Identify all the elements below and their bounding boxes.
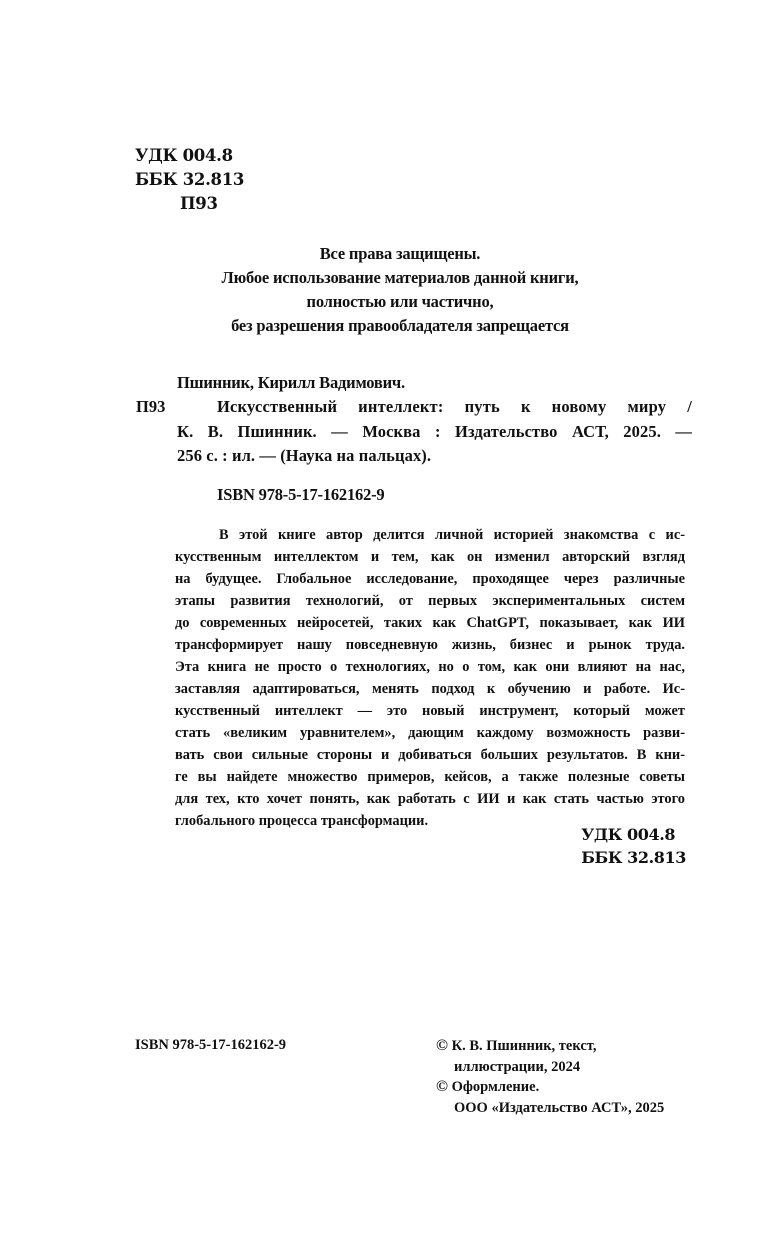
rights-line: Любое использование материалов данной кн… xyxy=(150,266,650,290)
bbk-code: ББК 32.813 xyxy=(581,846,686,869)
copyright-icon: © xyxy=(436,1037,448,1054)
annotation-line: кусственным интеллектом и тем, как он из… xyxy=(175,546,685,568)
annotation-line: стать «великим уравнителем», дающим кажд… xyxy=(175,722,685,744)
annotation-line: кусственный интеллект — это новый инстру… xyxy=(175,700,685,722)
title-row: П93 Искусственный интеллект: путь к ново… xyxy=(136,395,696,419)
annotation-line: для тех, кто хочет понять, как работать … xyxy=(175,788,685,810)
udk-code: УДК 004.8 xyxy=(135,144,244,168)
publication-info: К. В. Пшинник. — Москва : Издательство А… xyxy=(136,420,696,444)
copyright-icon: © xyxy=(436,1078,448,1095)
annotation-line: вать свои сильные стороны и добиваться б… xyxy=(175,744,685,766)
bbk-code: ББК 32.813 xyxy=(135,168,244,192)
annotation-line: В этой книге автор делится личной истори… xyxy=(175,524,685,546)
copyright-block: © К. В. Пшинник, текст, иллюстрации, 202… xyxy=(436,1036,664,1118)
annotation: В этой книге автор делится личной истори… xyxy=(175,524,685,832)
copyright-line: Оформление. xyxy=(452,1079,540,1095)
rights-line: Все права защищены. xyxy=(150,242,650,266)
copyright-line: иллюстрации, 2024 xyxy=(436,1057,664,1078)
annotation-line: Эта книга не просто о технологиях, но о … xyxy=(175,656,685,678)
rights-notice: Все права защищены. Любое использование … xyxy=(150,242,650,338)
udk-code: УДК 004.8 xyxy=(581,823,686,846)
physical-description: 256 с. : ил. — (Наука на пальцах). xyxy=(136,444,696,468)
classification-bottom: УДК 004.8 ББК 32.813 xyxy=(581,823,686,869)
annotation-line: заставляя адаптироваться, менять подход … xyxy=(175,678,685,700)
annotation-line: на будущее. Глобальное исследование, про… xyxy=(175,568,685,590)
classification-top: УДК 004.8 ББК 32.813 П93 xyxy=(135,144,244,216)
copyright-design: © Оформление. xyxy=(436,1077,664,1098)
annotation-line: трансформирует нашу повседневную жизнь, … xyxy=(175,634,685,656)
author-name: Пшинник, Кирилл Вадимович. xyxy=(136,371,696,395)
copyright-text: © К. В. Пшинник, текст, xyxy=(436,1036,664,1057)
author-mark: П93 xyxy=(135,192,244,216)
rights-line: без разрешения правообладателя запрещает… xyxy=(150,314,650,338)
copyright-line: ООО «Издательство АСТ», 2025 xyxy=(436,1098,664,1119)
book-title: Искусственный интеллект: путь к новому м… xyxy=(217,395,692,419)
isbn: ISBN 978-5-17-162162-9 xyxy=(217,485,384,505)
annotation-line: ге вы найдете множество примеров, кейсов… xyxy=(175,766,685,788)
rights-line: полностью или частично, xyxy=(150,290,650,314)
annotation-line: до современных нейросетей, таких как Cha… xyxy=(175,612,685,634)
isbn-bottom: ISBN 978-5-17-162162-9 xyxy=(135,1037,286,1054)
author-mark: П93 xyxy=(136,395,165,419)
annotation-line: этапы развития технологий, от первых экс… xyxy=(175,590,685,612)
bibliographic-entry: Пшинник, Кирилл Вадимович. П93 Искусстве… xyxy=(136,371,696,468)
copyright-line: К. В. Пшинник, текст, xyxy=(452,1038,597,1054)
